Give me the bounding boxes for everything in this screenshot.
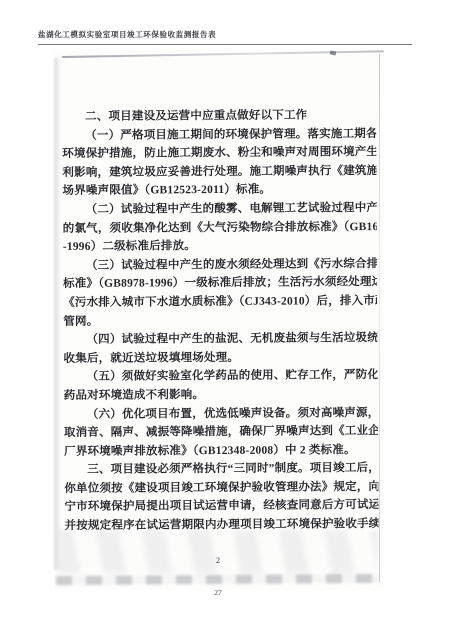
text-line: 你单位须按《建设项目竣工环境保护验收管理办法》规定，向西: [64, 478, 378, 499]
heading-line: 二、项目建设及运营中应重点做好以下工作: [62, 106, 376, 127]
section-heading: 二、项目建设及运营中应重点做好以下工作: [62, 106, 376, 127]
text-line: 利影响，建筑垃圾应妥善进行处理。施工期噪声执行《建筑施工: [62, 162, 376, 183]
header-rule: [38, 44, 412, 45]
paragraph-1: （一）严格项目施工期间的环境保护管理。落实施工期各项 环境保护措施，防止施工期废…: [62, 125, 376, 201]
document-body: 二、项目建设及运营中应重点做好以下工作 （一）严格项目施工期间的环境保护管理。落…: [62, 106, 379, 536]
scanned-document-page: 二、项目建设及运营中应重点做好以下工作 （一）严格项目施工期间的环境保护管理。落…: [54, 50, 384, 590]
scan-noise: [58, 530, 378, 574]
text-line: （五）须做好实验室化学药品的使用、贮存工作，严防化学: [64, 366, 378, 387]
paragraph-7: 三、项目建设必须严格执行“三同时”制度。项目竣工后， 你单位须按《建设项目竣工环…: [64, 459, 378, 535]
text-line: （三）试验过程中产生的废水须经处理达到《污水综合排放: [63, 255, 377, 276]
scan-left-edge: [54, 58, 61, 570]
paragraph-2: （二）试验过程中产生的酸雾、电解锂工艺试验过程中产生 的氯气，须收集净化达到《大…: [63, 199, 377, 257]
text-line: 环境保护措施，防止施工期废水、粉尘和噪声对周围环境产生不: [62, 143, 376, 164]
text-line: 三、项目建设必须严格执行“三同时”制度。项目竣工后，: [64, 459, 378, 480]
report-page: 盐湖化工模拟实验室项目竣工环保验收监测报告表 二、项目建设及运营中应重点做好以下…: [0, 0, 452, 640]
text-line: 管网。: [63, 311, 377, 332]
text-line: 厂界环境噪声排放标准》（GB12348-2008）中 2 类标准。: [64, 441, 378, 462]
scan-right-edge: [379, 54, 381, 582]
text-line: 场界噪声限值》（GB12523-2011）标准。: [62, 180, 376, 201]
paragraph-5: （五）须做好实验室化学药品的使用、贮存工作，严防化学 药品对环境造成不利影响。: [64, 366, 378, 405]
paragraph-3: （三）试验过程中产生的废水须经处理达到《污水综合排放 标准》（GB8978-19…: [63, 255, 377, 331]
text-line: 药品对环境造成不利影响。: [64, 385, 378, 406]
text-line: 标准》（GB8978-1996）一级标准后排放；生活污水须经处理达到: [63, 273, 377, 294]
text-line: 的氯气，须收集净化达到《大气污染物综合排放标准》（GB16297: [63, 218, 377, 239]
paragraph-4: （四）试验过程中产生的盐泥、无机废盐须与生活垃圾统一 收集后，就近送垃圾填埋场处…: [63, 329, 377, 368]
text-line: 收集后，就近送垃圾填埋场处理。: [63, 348, 377, 369]
text-line: 并按规定程序在试运营期限内办理项目竣工环境保护验收手续，: [65, 515, 379, 536]
scan-bottom-edge: [56, 574, 380, 585]
booklet-page-number: 27: [62, 588, 374, 597]
paragraph-6: （六）优化项目布置，优选低噪声设备。须对高噪声源，采 取消音、隔声、减振等降噪措…: [64, 404, 378, 462]
text-line: 取消音、隔声、减振等降噪措施，确保厂界噪声达到《工业企业: [64, 422, 378, 443]
text-line: （二）试验过程中产生的酸雾、电解锂工艺试验过程中产生: [63, 199, 377, 220]
scan-corner-mark: [330, 50, 337, 55]
inner-page-number: 2: [62, 556, 374, 565]
text-line: （四）试验过程中产生的盐泥、无机废盐须与生活垃圾统一: [63, 329, 377, 350]
text-line: （一）严格项目施工期间的环境保护管理。落实施工期各项: [62, 125, 376, 146]
text-line: 宁市环境保护局提出项目试运营申请，经核查同意后方可试运营，: [64, 497, 378, 518]
text-line: （六）优化项目布置，优选低噪声设备。须对高噪声源，采: [64, 404, 378, 425]
running-header-title: 盐湖化工模拟实验室项目竣工环保验收监测报告表: [38, 29, 216, 40]
text-line: 《污水排入城市下水道水质标准》（CJ343-2010）后，排入市政: [63, 292, 377, 313]
text-line: -1996）二级标准后排放。: [63, 236, 377, 257]
